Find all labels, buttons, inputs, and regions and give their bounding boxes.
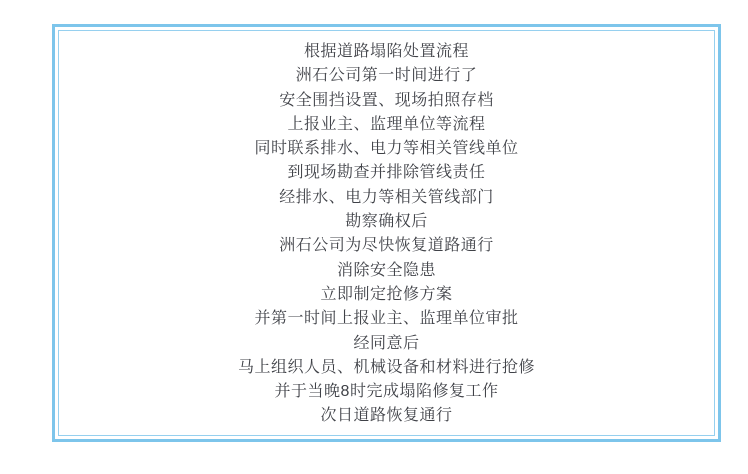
text-line: 经排水、电力等相关管线部门 [59, 186, 714, 210]
text-line: 马上组织人员、机械设备和材料进行抢修 [59, 356, 714, 380]
text-line: 同时联系排水、电力等相关管线单位 [59, 137, 714, 161]
text-line: 次日道路恢复通行 [59, 404, 714, 428]
text-line: 并第一时间上报业主、监理单位审批 [59, 307, 714, 331]
content-frame-inner-border: 根据道路塌陷处置流程 洲石公司第一时间进行了 安全围挡设置、现场拍照存档 上报业… [58, 30, 715, 436]
text-line: 根据道路塌陷处置流程 [59, 40, 714, 64]
text-line: 并于当晚8时完成塌陷修复工作 [59, 380, 714, 404]
content-frame: 根据道路塌陷处置流程 洲石公司第一时间进行了 安全围挡设置、现场拍照存档 上报业… [52, 24, 721, 442]
text-line: 上报业主、监理单位等流程 [59, 113, 714, 137]
text-line: 安全围挡设置、现场拍照存档 [59, 89, 714, 113]
text-line: 洲石公司为尽快恢复道路通行 [59, 234, 714, 258]
text-line: 到现场勘查并排除管线责任 [59, 161, 714, 185]
text-line: 勘察确权后 [59, 210, 714, 234]
text-line: 消除安全隐患 [59, 259, 714, 283]
text-line: 立即制定抢修方案 [59, 283, 714, 307]
text-line: 经同意后 [59, 332, 714, 356]
text-block: 根据道路塌陷处置流程 洲石公司第一时间进行了 安全围挡设置、现场拍照存档 上报业… [59, 31, 714, 435]
document-page: 根据道路塌陷处置流程 洲石公司第一时间进行了 安全围挡设置、现场拍照存档 上报业… [0, 0, 748, 474]
text-line: 洲石公司第一时间进行了 [59, 64, 714, 88]
